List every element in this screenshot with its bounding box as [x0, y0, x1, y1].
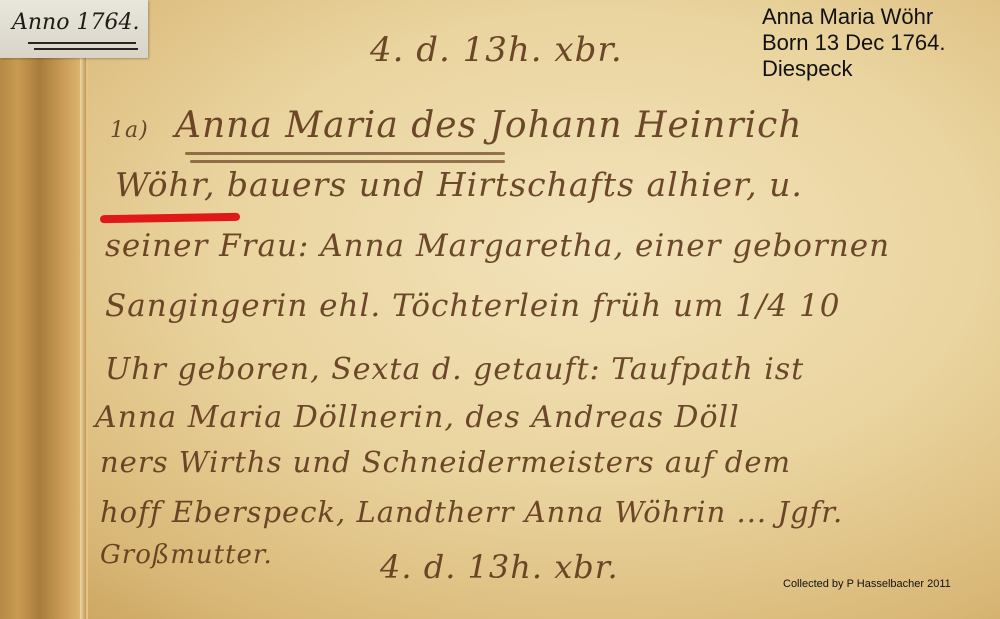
page-edge — [80, 58, 86, 619]
handwriting-line: Anna Maria des Johann Heinrich — [175, 105, 803, 146]
handwriting-line: Uhr geboren, Sexta d. getauft: Taufpath … — [105, 352, 804, 387]
handwriting-line: hoff Eberspeck, Landtherr Anna Wöhrin ..… — [100, 495, 843, 529]
birth-date: Born 13 Dec 1764. — [762, 30, 945, 56]
year-underline — [34, 48, 138, 50]
record-annotation: Anna Maria Wöhr Born 13 Dec 1764. Diespe… — [762, 4, 945, 82]
handwriting-line: Anna Maria Döllnerin, des Andreas Döll — [95, 400, 740, 435]
highlight-mark — [100, 213, 240, 223]
handwriting-line: 4. d. 13h. xbr. — [370, 30, 623, 70]
document-scan: Anno 1764. 4. d. 13h. xbr. 1a) Anna Mari… — [0, 0, 1000, 619]
handwriting-line: ners Wirths und Schneidermeisters auf de… — [100, 445, 791, 479]
handwriting-line: seiner Frau: Anna Margaretha, einer gebo… — [105, 228, 890, 264]
handwriting-line: 4. d. 13h. xbr. — [380, 548, 619, 586]
person-name: Anna Maria Wöhr — [762, 4, 945, 30]
birth-place: Diespeck — [762, 56, 945, 82]
year-label: Anno 1764. — [12, 10, 139, 35]
margin-note: 1a) — [110, 118, 149, 143]
handwriting-line: Wöhr, bauers und Hirtschafts alhier, u. — [115, 165, 803, 204]
year-label-card: Anno 1764. — [0, 0, 148, 58]
credit-text: Collected by P Hasselbacher 2011 — [783, 578, 951, 590]
handwriting-line: Großmutter. — [100, 540, 273, 570]
name-underline — [190, 160, 505, 163]
name-underline — [185, 152, 505, 155]
handwriting-line: Sangingerin ehl. Töchterlein früh um 1/4… — [105, 288, 840, 324]
book-binding — [0, 58, 88, 619]
year-underline — [28, 42, 136, 44]
